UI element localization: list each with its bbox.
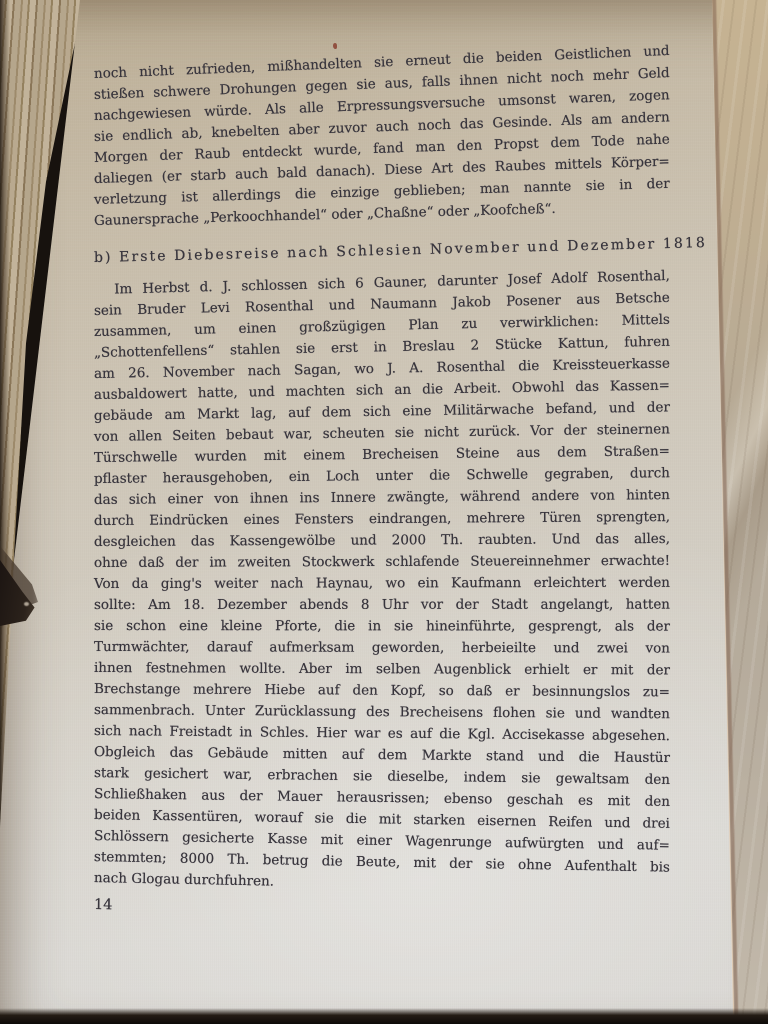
- text-line: durch Eindrücken eines Fensters eindrang…: [94, 507, 670, 532]
- text-line: sollte: Am 18. Dezember abends 8 Uhr vor…: [94, 595, 670, 616]
- text-line: desgleichen das Kassengewölbe und 2000 T…: [94, 529, 670, 553]
- photo-bottom-shadow: [0, 1008, 768, 1024]
- text-line: Turmwächter, darauf aufmerksam geworden,…: [94, 637, 670, 659]
- text-line: sie schon eine kleine Pforte, die in sie…: [94, 616, 670, 638]
- text-block: noch nicht zufrieden, mißhandelten sie e…: [94, 64, 670, 915]
- pencil-tip-glint: [24, 602, 29, 606]
- main-paragraph: Im Herbst d. J. schlossen sich 6 Gauner,…: [94, 280, 670, 889]
- section-heading: b) Erste Diebesreise nach Schlesien Nove…: [94, 232, 670, 270]
- text-line: ihnen festnehmen wollte. Aber im selben …: [94, 658, 670, 681]
- text-line: Von da ging's weiter nach Haynau, wo ein…: [94, 573, 670, 595]
- paper-speck: [333, 43, 337, 49]
- paragraph-continuation: noch nicht zufrieden, mißhandelten sie e…: [94, 64, 670, 232]
- text-line: ohne daß der im zweiten Stockwerk schlaf…: [94, 551, 670, 574]
